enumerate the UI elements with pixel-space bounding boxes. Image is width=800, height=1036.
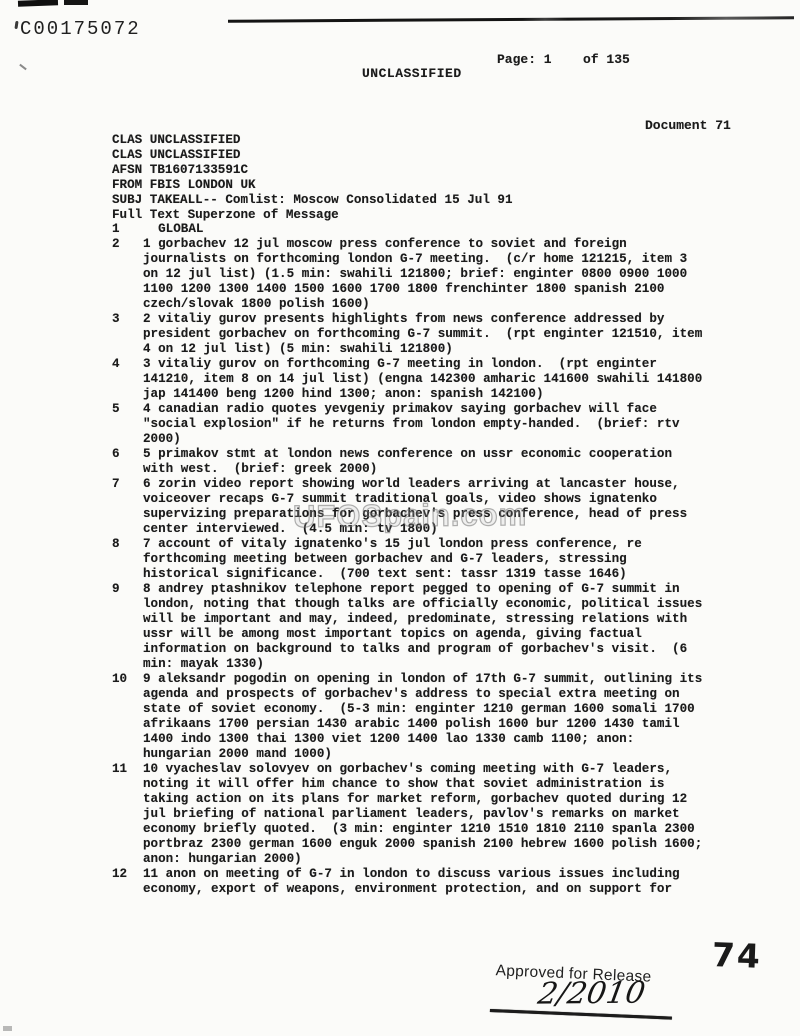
website-watermark: UFOSpain.com xyxy=(293,497,528,535)
scan-artifact-speck xyxy=(3,1026,12,1031)
paragraph-text: 11 anon on meeting of G-7 in london to d… xyxy=(143,867,680,897)
paragraph-line: 5 primakov stmt at london news conferenc… xyxy=(143,447,672,462)
paragraph-line: 4 canadian radio quotes yevgeniy primako… xyxy=(143,402,680,417)
paragraph-line: jul briefing of national parliament lead… xyxy=(143,807,702,822)
header-line: Full Text Superzone of Message xyxy=(112,208,513,223)
paragraph-number: 6 xyxy=(112,447,143,477)
paragraph-line: portbraz 2300 german 1600 enguk 2000 spa… xyxy=(143,837,702,852)
paragraph-line: information on background to talks and p… xyxy=(143,642,702,657)
paragraph: 9 8 andrey ptashnikov telephone report p… xyxy=(112,582,702,672)
paragraph: 3 2 vitaliy gurov presents highlights fr… xyxy=(112,312,702,357)
scan-artifact-slash xyxy=(19,64,27,71)
paragraph-number: 9 xyxy=(112,582,143,672)
handwritten-page-number: 74 xyxy=(711,935,762,976)
paragraph-line: agenda and prospects of gorbachev's addr… xyxy=(143,687,702,702)
paragraph-line: afrikaans 1700 persian 1430 arabic 1400 … xyxy=(143,717,702,732)
paragraph-number: 2 xyxy=(112,237,143,312)
approval-stamp-date-handwritten: 2/2010 xyxy=(535,976,647,1012)
header-line: SUBJ TAKEALL-- Comlist: Moscow Consolida… xyxy=(112,193,513,208)
page-number-label: Page: 1 xyxy=(497,52,552,67)
paragraph-text: 4 canadian radio quotes yevgeniy primako… xyxy=(143,402,680,447)
paragraph-text: GLOBAL xyxy=(143,222,203,237)
paragraph-line: economy, export of weapons, environment … xyxy=(143,882,680,897)
paragraph-number: 10 xyxy=(112,672,143,762)
paragraph: 11 10 vyacheslav solovyev on gorbachev's… xyxy=(112,762,702,867)
paragraph-number: 8 xyxy=(112,537,143,582)
paragraph-line: 8 andrey ptashnikov telephone report peg… xyxy=(143,582,702,597)
paragraph-text: 10 vyacheslav solovyev on gorbachev's co… xyxy=(143,762,702,867)
paragraph-line: 6 zorin video report showing world leade… xyxy=(143,477,687,492)
approval-stamp: Approved for Release 2/2010 xyxy=(489,962,771,1034)
paragraph: 8 7 account of vitaly ignatenko's 15 jul… xyxy=(112,537,702,582)
paragraph-line: hungarian 2000 mand 1000) xyxy=(143,747,702,762)
paragraph-line: anon: hungarian 2000) xyxy=(143,852,702,867)
message-header-block: CLAS UNCLASSIFIED CLAS UNCLASSIFIED AFSN… xyxy=(112,133,513,223)
paragraph: 2 1 gorbachev 12 jul moscow press confer… xyxy=(112,237,702,312)
paragraph-list: 1 GLOBAL 2 1 gorbachev 12 jul moscow pre… xyxy=(112,222,702,897)
paragraph-line: min: mayak 1330) xyxy=(143,657,702,672)
paragraph-line: 2000) xyxy=(143,432,680,447)
paragraph-line: 2 vitaliy gurov presents highlights from… xyxy=(143,312,702,327)
paragraph-line: 9 aleksandr pogodin on opening in london… xyxy=(143,672,702,687)
paragraph-line: 3 vitaliy gurov on forthcoming G-7 meeti… xyxy=(143,357,702,372)
paragraph-text: 1 gorbachev 12 jul moscow press conferen… xyxy=(143,237,687,312)
paragraph-line: ussr will be among most important topics… xyxy=(143,627,702,642)
paragraph-line: historical significance. (700 text sent:… xyxy=(143,567,642,582)
paragraph-line: state of soviet economy. (5-3 min: engin… xyxy=(143,702,702,717)
paragraph-line: noting it will offer him chance to show … xyxy=(143,777,702,792)
paragraph-text: 5 primakov stmt at london news conferenc… xyxy=(143,447,672,477)
paragraph-number: 11 xyxy=(112,762,143,867)
paragraph-line: economy briefly quoted. (3 min: enginter… xyxy=(143,822,702,837)
paragraph-line: 7 account of vitaly ignatenko's 15 jul l… xyxy=(143,537,642,552)
classification-banner: UNCLASSIFIED xyxy=(362,66,462,81)
paragraph: 6 5 primakov stmt at london news confere… xyxy=(112,447,702,477)
paragraph-line: on 12 jul list) (1.5 min: swahili 121800… xyxy=(143,267,687,282)
paragraph-text: 2 vitaliy gurov presents highlights from… xyxy=(143,312,702,357)
document-number-label: Document 71 xyxy=(645,118,731,133)
paragraph: 12 11 anon on meeting of G-7 in london t… xyxy=(112,867,702,897)
document-id-stamp: C00175072 xyxy=(20,18,141,40)
paragraph-text: 7 account of vitaly ignatenko's 15 jul l… xyxy=(143,537,642,582)
paragraph-line: czech/slovak 1800 polish 1600) xyxy=(143,297,687,312)
paragraph-number: 12 xyxy=(112,867,143,897)
page-total-label: of 135 xyxy=(583,52,630,67)
paragraph-number: 1 xyxy=(112,222,143,237)
paragraph-line: with west. (brief: greek 2000) xyxy=(143,462,672,477)
scan-artifact-tick xyxy=(14,21,18,29)
paragraph-text: 3 vitaliy gurov on forthcoming G-7 meeti… xyxy=(143,357,702,402)
paragraph-line: 11 anon on meeting of G-7 in london to d… xyxy=(143,867,680,882)
paragraph-line: will be important and may, indeed, predo… xyxy=(143,612,702,627)
paragraph-line: 1100 1200 1300 1400 1500 1600 1700 1800 … xyxy=(143,282,687,297)
scan-artifact-corner-mark xyxy=(64,0,88,5)
paragraph-line: 4 on 12 jul list) (5 min: swahili 121800… xyxy=(143,342,702,357)
paragraph-line: journalists on forthcoming london G-7 me… xyxy=(143,252,687,267)
paragraph-line: forthcoming meeting between gorbachev an… xyxy=(143,552,642,567)
paragraph-line: jap 141400 beng 1200 hind 1300; anon: sp… xyxy=(143,387,702,402)
header-line: AFSN TB1607133591C xyxy=(112,163,513,178)
paragraph-line: GLOBAL xyxy=(143,222,203,237)
header-line: CLAS UNCLASSIFIED xyxy=(112,148,513,163)
paragraph: 1 GLOBAL xyxy=(112,222,702,237)
paragraph-line: 141210, item 8 on 14 jul list) (engna 14… xyxy=(143,372,702,387)
paragraph-line: 1 gorbachev 12 jul moscow press conferen… xyxy=(143,237,687,252)
paragraph-text: 8 andrey ptashnikov telephone report peg… xyxy=(143,582,702,672)
paragraph-line: london, noting that though talks are off… xyxy=(143,597,702,612)
paragraph-line: "social explosion" if he returns from lo… xyxy=(143,417,680,432)
paragraph-line: taking action on its plans for market re… xyxy=(143,792,702,807)
scan-artifact-corner-mark xyxy=(18,0,58,7)
header-line: FROM FBIS LONDON UK xyxy=(112,178,513,193)
paragraph: 10 9 aleksandr pogodin on opening in lon… xyxy=(112,672,702,762)
paragraph-number: 5 xyxy=(112,402,143,447)
paragraph-line: 1400 indo 1300 thai 1300 viet 1200 1400 … xyxy=(143,732,702,747)
header-line: CLAS UNCLASSIFIED xyxy=(112,133,513,148)
paragraph-line: president gorbachev on forthcoming G-7 s… xyxy=(143,327,702,342)
document-scan-page: C00175072 Page: 1 of 135 UNCLASSIFIED Do… xyxy=(0,0,800,1036)
paragraph-number: 3 xyxy=(112,312,143,357)
paragraph: 5 4 canadian radio quotes yevgeniy prima… xyxy=(112,402,702,447)
paragraph-number: 7 xyxy=(112,477,143,537)
paragraph-text: 9 aleksandr pogodin on opening in london… xyxy=(143,672,702,762)
paragraph: 4 3 vitaliy gurov on forthcoming G-7 mee… xyxy=(112,357,702,402)
paragraph-line: 10 vyacheslav solovyev on gorbachev's co… xyxy=(143,762,702,777)
paragraph-number: 4 xyxy=(112,357,143,402)
scan-artifact-top-line xyxy=(228,16,794,22)
